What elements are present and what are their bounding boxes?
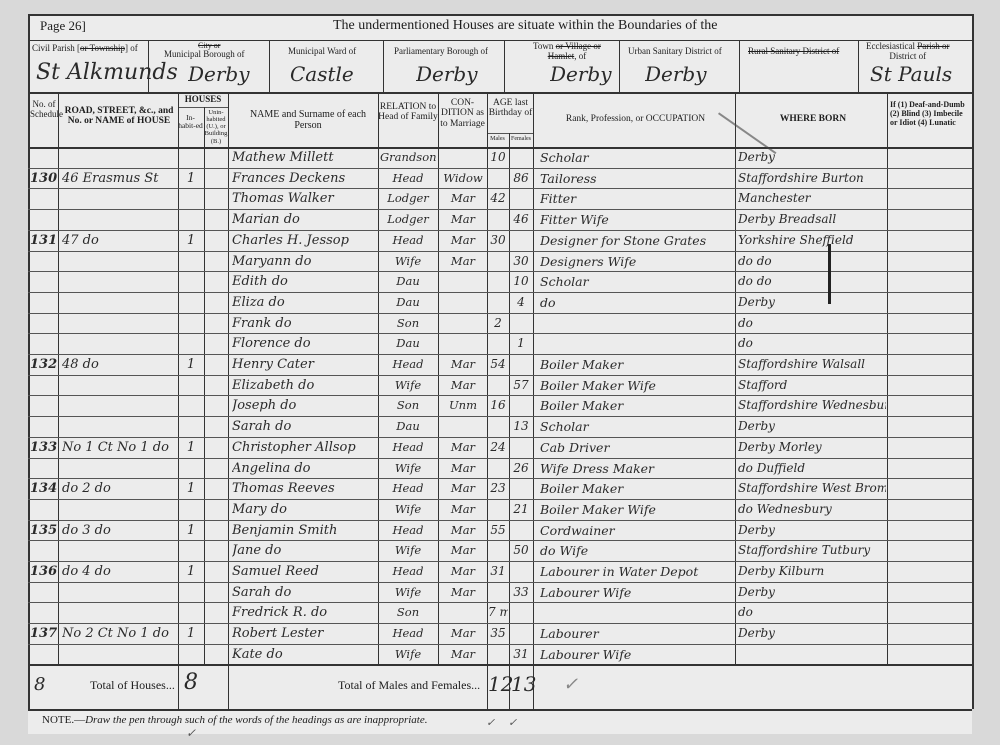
cell-relation: Dau (380, 292, 436, 313)
cell-condition: Mar (440, 582, 486, 603)
cell-relation: Head (380, 437, 436, 458)
cell-relation: Head (380, 623, 436, 644)
district-value-municipal-borough: Derby (188, 62, 250, 86)
cell-male-age: 54 (488, 354, 508, 375)
cell-female-age: 33 (510, 582, 532, 603)
cell-name: Marian do (232, 209, 376, 230)
cell-name: Joseph do (232, 395, 376, 416)
cell-condition: Unm (440, 395, 486, 416)
cell-female-age: 26 (510, 458, 532, 479)
cell-name: Jane do (232, 540, 376, 561)
cell-road (62, 540, 176, 561)
cell-schedule (30, 582, 58, 603)
cell-occupation: Boiler Maker (540, 354, 732, 375)
cell-occupation: Labourer in Water Depot (540, 561, 732, 582)
cell-occupation: Scholar (540, 271, 732, 292)
cell-female-age: 50 (510, 540, 532, 561)
cell-male-age (488, 582, 508, 603)
cell-schedule (30, 251, 58, 272)
cell-name: Kate do (232, 644, 376, 665)
cell-male-age: 55 (488, 520, 508, 541)
cell-female-age: 10 (510, 271, 532, 292)
cell-condition: Mar (440, 540, 486, 561)
cell-road: 48 do (62, 354, 176, 375)
cell-road (62, 499, 176, 520)
bottom-border (28, 709, 972, 711)
header-where-born: WHERE BORN (738, 114, 888, 124)
district-label-municipal-borough: Municipal Borough of (164, 49, 245, 59)
pen-stroke (828, 244, 831, 304)
district-label-civil-parish: Civil Parish [or Township] of (32, 43, 138, 53)
header-road: ROAD, STREET, &c., and No. or NAME of HO… (60, 106, 178, 127)
cell-inhabited: 1 (180, 561, 202, 582)
cell-female-age: 57 (510, 375, 532, 396)
cell-female-age: 46 (510, 209, 532, 230)
cell-name: Eliza do (232, 292, 376, 313)
cell-name: Edith do (232, 271, 376, 292)
cell-name: Frank do (232, 313, 376, 334)
cell-where-born: do do (738, 271, 886, 292)
cell-inhabited (180, 416, 202, 437)
cell-relation: Head (380, 561, 436, 582)
cell-female-age (510, 147, 532, 168)
cell-name: Henry Cater (232, 354, 376, 375)
cell-name: Thomas Walker (232, 188, 376, 209)
cell-male-age (488, 168, 508, 189)
cell-relation: Son (380, 395, 436, 416)
cell-road: do 4 do (62, 561, 176, 582)
cell-schedule: 132 (30, 354, 58, 375)
cell-schedule (30, 313, 58, 334)
cell-condition: Mar (440, 375, 486, 396)
cell-schedule (30, 602, 58, 623)
cell-name: Sarah do (232, 582, 376, 603)
cell-name: Charles H. Jessop (232, 230, 376, 251)
cell-condition: Mar (440, 209, 486, 230)
cell-male-age (488, 416, 508, 437)
header-name: NAME and Surname of each Person (243, 109, 373, 131)
cell-condition (440, 292, 486, 313)
cell-name: Robert Lester (232, 623, 376, 644)
cell-where-born: Derby (738, 147, 886, 168)
header-uninhabited: Unin-habited (U.), or Building (B.) (204, 109, 228, 145)
cell-where-born: Staffordshire Tutbury (738, 540, 886, 561)
cell-name: Thomas Reeves (232, 478, 376, 499)
cell-schedule: 136 (30, 561, 58, 582)
cell-female-age: 30 (510, 251, 532, 272)
top-border (28, 14, 972, 16)
cell-inhabited (180, 499, 202, 520)
cell-occupation: Designers Wife (540, 251, 732, 272)
cell-occupation: Scholar (540, 416, 732, 437)
cell-female-age: 21 (510, 499, 532, 520)
cell-relation: Son (380, 313, 436, 334)
cell-where-born: do (738, 602, 886, 623)
cell-where-born: Derby (738, 520, 886, 541)
cell-male-age: 35 (488, 623, 508, 644)
totals-persons-label: Total of Males and Females... (338, 678, 480, 693)
cell-where-born: Derby (738, 623, 886, 644)
district-value-ecclesiastical: St Pauls (870, 62, 952, 86)
cell-name: Mathew Millett (232, 147, 376, 168)
cell-inhabited (180, 251, 202, 272)
cell-inhabited: 1 (180, 437, 202, 458)
cell-condition (440, 416, 486, 437)
cell-condition: Mar (440, 520, 486, 541)
page-label: Page 26] (40, 18, 86, 34)
cell-male-age: 31 (488, 561, 508, 582)
totals-males: 12 (488, 672, 513, 696)
cell-schedule (30, 375, 58, 396)
cell-occupation: Cordwainer (540, 520, 732, 541)
cell-schedule (30, 188, 58, 209)
cell-male-age: 24 (488, 437, 508, 458)
cell-road: 46 Erasmus St (62, 168, 176, 189)
header-infirmity: If (1) Deaf-and-Dumb (2) Blind (3) Imbec… (890, 101, 970, 127)
note-text: Draw the pen through such of the words o… (85, 714, 427, 726)
totals-houses-value: 8 (184, 670, 198, 695)
cell-schedule (30, 644, 58, 665)
cell-male-age: 10 (488, 147, 508, 168)
district-value-parliamentary-borough: Derby (416, 62, 478, 86)
cell-schedule: 135 (30, 520, 58, 541)
cell-relation: Wife (380, 540, 436, 561)
cell-inhabited: 1 (180, 168, 202, 189)
cell-female-age (510, 437, 532, 458)
cell-road (62, 292, 176, 313)
cell-occupation (540, 602, 732, 623)
census-page: Page 26] The undermentioned Houses are s… (28, 14, 972, 734)
cell-inhabited (180, 540, 202, 561)
cell-schedule (30, 209, 58, 230)
cell-inhabited (180, 147, 202, 168)
cell-where-born: Staffordshire Walsall (738, 354, 886, 375)
cell-schedule (30, 333, 58, 354)
cell-female-age (510, 354, 532, 375)
cell-where-born: do Duffield (738, 458, 886, 479)
cell-female-age (510, 313, 532, 334)
cell-condition: Mar (440, 561, 486, 582)
cell-condition: Mar (440, 499, 486, 520)
cell-schedule (30, 416, 58, 437)
header-occupation: Rank, Profession, or OCCUPATION (538, 114, 733, 124)
cell-occupation: Boiler Maker (540, 478, 732, 499)
cell-road (62, 147, 176, 168)
header-males: Males (487, 136, 508, 143)
cell-road (62, 333, 176, 354)
cell-inhabited (180, 582, 202, 603)
cell-road (62, 209, 176, 230)
cell-where-born: do (738, 313, 886, 334)
cell-road (62, 644, 176, 665)
header-females: Females (509, 136, 533, 143)
cell-inhabited: 1 (180, 230, 202, 251)
totals-divider (28, 664, 972, 666)
cell-where-born: Yorkshire Sheffield (738, 230, 886, 251)
cell-female-age (510, 561, 532, 582)
cell-name: Sarah do (232, 416, 376, 437)
cell-male-age: 2 (488, 313, 508, 334)
cell-male-age: 42 (488, 188, 508, 209)
right-border (972, 14, 974, 709)
cell-road (62, 395, 176, 416)
cell-male-age: 23 (488, 478, 508, 499)
footer-note: NOTE.—Draw the pen through such of the w… (42, 714, 428, 726)
cell-road: do 2 do (62, 478, 176, 499)
cell-occupation (540, 333, 732, 354)
cell-schedule: 134 (30, 478, 58, 499)
cell-condition: Widow (440, 168, 486, 189)
cell-name: Elizabeth do (232, 375, 376, 396)
cell-male-age (488, 333, 508, 354)
cell-where-born: Derby Morley (738, 437, 886, 458)
district-value-municipal-ward: Castle (290, 62, 354, 86)
cell-female-age (510, 188, 532, 209)
district-value-town: Derby (550, 62, 612, 86)
cell-road (62, 582, 176, 603)
cell-road: 47 do (62, 230, 176, 251)
cell-where-born: do Wednesbury (738, 499, 886, 520)
cell-inhabited (180, 395, 202, 416)
cell-inhabited (180, 333, 202, 354)
cell-schedule: 133 (30, 437, 58, 458)
header-inhabited: In-habit-ed (178, 114, 203, 131)
cell-relation: Wife (380, 499, 436, 520)
cell-condition: Mar (440, 188, 486, 209)
tick-mark: ✓ (486, 716, 495, 729)
cell-relation: Head (380, 230, 436, 251)
cell-relation: Grandson (380, 147, 436, 168)
cell-inhabited: 1 (180, 478, 202, 499)
cell-relation: Dau (380, 333, 436, 354)
cell-schedule: 130 (30, 168, 58, 189)
cell-female-age: 13 (510, 416, 532, 437)
cell-schedule: 131 (30, 230, 58, 251)
cell-relation: Head (380, 168, 436, 189)
cell-schedule (30, 395, 58, 416)
totals-check-mark: ✓ (563, 674, 578, 695)
totals-schedules-count: 8 (34, 674, 45, 695)
cell-relation: Lodger (380, 188, 436, 209)
cell-name: Fredrick R. do (232, 602, 376, 623)
cell-inhabited (180, 292, 202, 313)
district-value-urban-sanitary: Derby (645, 62, 707, 86)
cell-male-age: 30 (488, 230, 508, 251)
cell-male-age (488, 251, 508, 272)
cell-occupation: Labourer Wife (540, 582, 732, 603)
cell-condition: Mar (440, 437, 486, 458)
cell-inhabited (180, 209, 202, 230)
cell-occupation: Wife Dress Maker (540, 458, 732, 479)
cell-occupation (540, 313, 732, 334)
cell-male-age (488, 271, 508, 292)
cell-inhabited (180, 313, 202, 334)
cell-relation: Dau (380, 416, 436, 437)
cell-relation: Wife (380, 582, 436, 603)
cell-road (62, 416, 176, 437)
cell-occupation: Tailoress (540, 168, 732, 189)
cell-relation: Wife (380, 644, 436, 665)
cell-occupation: Scholar (540, 147, 732, 168)
cell-relation: Wife (380, 458, 436, 479)
district-label-urban-sanitary: Urban Sanitary District of (628, 46, 722, 56)
cell-where-born: Derby (738, 582, 886, 603)
cell-schedule (30, 292, 58, 313)
cell-occupation: Cab Driver (540, 437, 732, 458)
cell-relation: Son (380, 602, 436, 623)
cell-name: Angelina do (232, 458, 376, 479)
cell-name: Christopher Allsop (232, 437, 376, 458)
district-label-parliamentary-borough: Parliamentary Borough of (394, 46, 488, 56)
cell-where-born: Derby Kilburn (738, 561, 886, 582)
cell-inhabited: 1 (180, 623, 202, 644)
cell-where-born: do do (738, 251, 886, 272)
district-value-civil-parish: St Alkmunds (36, 60, 178, 85)
header-relation: RELATION to Head of Family (378, 102, 438, 123)
cell-female-age: 31 (510, 644, 532, 665)
cell-inhabited: 1 (180, 354, 202, 375)
cell-male-age (488, 540, 508, 561)
cell-road (62, 251, 176, 272)
cell-inhabited (180, 271, 202, 292)
cell-road (62, 271, 176, 292)
cell-condition: Mar (440, 458, 486, 479)
district-label-ecclesiastical: Ecclesiastical Parish orDistrict of (866, 42, 949, 62)
cell-male-age (488, 458, 508, 479)
cell-where-born: Derby (738, 292, 886, 313)
cell-schedule (30, 458, 58, 479)
cell-where-born (738, 644, 886, 665)
cell-where-born: Stafford (738, 375, 886, 396)
cell-occupation: Designer for Stone Grates (540, 230, 732, 251)
cell-occupation: Fitter (540, 188, 732, 209)
cell-relation: Lodger (380, 209, 436, 230)
cell-schedule (30, 540, 58, 561)
cell-male-age (488, 292, 508, 313)
cell-relation: Dau (380, 271, 436, 292)
cell-occupation: Boiler Maker Wife (540, 375, 732, 396)
cell-female-age (510, 602, 532, 623)
tick-mark: ✓ (508, 716, 517, 729)
cell-condition: Mar (440, 623, 486, 644)
cell-name: Frances Deckens (232, 168, 376, 189)
cell-inhabited (180, 602, 202, 623)
cell-male-age (488, 375, 508, 396)
cell-inhabited (180, 458, 202, 479)
cell-occupation: Boiler Maker Wife (540, 499, 732, 520)
cell-occupation: Boiler Maker (540, 395, 732, 416)
cell-female-age (510, 623, 532, 644)
cell-relation: Head (380, 354, 436, 375)
cell-occupation: do (540, 292, 732, 313)
cell-schedule (30, 499, 58, 520)
cell-occupation: Labourer (540, 623, 732, 644)
cell-condition: Mar (440, 251, 486, 272)
district-divider (28, 92, 972, 94)
district-label-municipal-ward: Municipal Ward of (288, 46, 356, 56)
cell-road (62, 375, 176, 396)
note-prefix: NOTE.— (42, 714, 85, 726)
cell-female-age (510, 230, 532, 251)
cell-where-born: Staffordshire West Bromwich (738, 478, 886, 499)
cell-female-age (510, 520, 532, 541)
cell-name: Maryann do (232, 251, 376, 272)
cell-name: Florence do (232, 333, 376, 354)
cell-condition (440, 313, 486, 334)
cell-relation: Wife (380, 375, 436, 396)
header-schedule: No. of Schedule (30, 100, 58, 120)
cell-where-born: Staffordshire Burton (738, 168, 886, 189)
totals-females: 13 (511, 672, 536, 696)
header-houses: HOUSES (178, 95, 228, 105)
cell-schedule (30, 147, 58, 168)
cell-road: No 1 Ct No 1 do (62, 437, 176, 458)
header-condition: CON-DITION as to Marriage (439, 98, 486, 129)
totals-houses-label: Total of Houses... (90, 678, 175, 693)
cell-name: Samuel Reed (232, 561, 376, 582)
cell-relation: Wife (380, 251, 436, 272)
cell-schedule (30, 271, 58, 292)
cell-male-age: 16 (488, 395, 508, 416)
district-label-town: Town or Village orHamlet, of (533, 42, 601, 62)
cell-inhabited (180, 644, 202, 665)
cell-where-born: Staffordshire Wednesbury (738, 395, 886, 416)
cell-occupation: Fitter Wife (540, 209, 732, 230)
banner-divider (28, 40, 972, 41)
page-banner: The undermentioned Houses are situate wi… (333, 18, 718, 34)
cell-male-age (488, 209, 508, 230)
cell-name: Benjamin Smith (232, 520, 376, 541)
cell-condition: Mar (440, 354, 486, 375)
cell-condition (440, 602, 486, 623)
cell-schedule: 137 (30, 623, 58, 644)
cell-where-born: Derby Breadsall (738, 209, 886, 230)
cell-occupation: Labourer Wife (540, 644, 732, 665)
cell-female-age: 4 (510, 292, 532, 313)
cell-road (62, 458, 176, 479)
cell-relation: Head (380, 520, 436, 541)
cell-male-age (488, 499, 508, 520)
cell-road (62, 313, 176, 334)
cell-inhabited (180, 188, 202, 209)
cell-where-born: do (738, 333, 886, 354)
cell-road: No 2 Ct No 1 do (62, 623, 176, 644)
header-age: AGE last Birthday of (488, 98, 533, 119)
cell-condition: Mar (440, 230, 486, 251)
cell-condition: Mar (440, 644, 486, 665)
district-label-rural-sanitary: Rural Sanitary District of (748, 46, 839, 56)
cell-condition (440, 271, 486, 292)
cell-where-born: Derby (738, 416, 886, 437)
cell-name: Mary do (232, 499, 376, 520)
cell-female-age (510, 478, 532, 499)
cell-condition (440, 147, 486, 168)
cell-road (62, 188, 176, 209)
cell-relation: Head (380, 478, 436, 499)
cell-road (62, 602, 176, 623)
cell-male-age (488, 644, 508, 665)
cell-where-born: Manchester (738, 188, 886, 209)
cell-inhabited (180, 375, 202, 396)
cell-road: do 3 do (62, 520, 176, 541)
cell-condition (440, 333, 486, 354)
cell-inhabited: 1 (180, 520, 202, 541)
cell-female-age (510, 395, 532, 416)
tick-mark: ✓ (186, 726, 196, 740)
cell-male-age: 7 mo (488, 602, 508, 623)
cell-female-age: 86 (510, 168, 532, 189)
cell-condition: Mar (440, 478, 486, 499)
